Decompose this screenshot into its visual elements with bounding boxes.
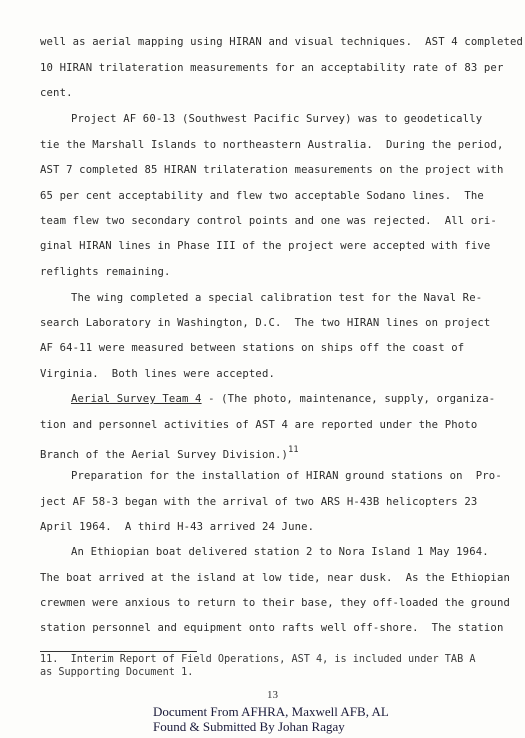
section-heading-text: - (The photo, maintenance, supply, organ… — [202, 393, 496, 405]
body-line: 10 HIRAN trilateration measurements for … — [40, 61, 504, 75]
body-line: ject AF 58-3 began with the arrival of t… — [40, 495, 477, 509]
body-line: 65 per cent acceptability and flew two a… — [40, 189, 484, 203]
footnote-reference: 11 — [288, 445, 299, 455]
body-line: tion and personnel activities of AST 4 a… — [40, 418, 477, 432]
document-page: well as aerial mapping using HIRAN and v… — [0, 0, 525, 738]
body-line: ginal HIRAN lines in Phase III of the pr… — [40, 239, 490, 253]
paragraph-start-line: Project AF 60-13 (Southwest Pacific Surv… — [71, 112, 482, 126]
body-line: Virginia. Both lines were accepted. — [40, 367, 275, 381]
body-line: cent. — [40, 86, 73, 100]
body-line: AF 64-11 were measured between stations … — [40, 341, 464, 355]
footnote-divider — [40, 651, 197, 652]
body-line: The boat arrived at the island at low ti… — [40, 571, 510, 585]
body-line: search Laboratory in Washington, D.C. Th… — [40, 316, 490, 330]
section-heading: Aerial Survey Team 4 — [71, 393, 202, 405]
body-line: AST 7 completed 85 HIRAN trilateration m… — [40, 163, 504, 177]
body-line: well as aerial mapping using HIRAN and v… — [40, 35, 523, 49]
paragraph-start-line: An Ethiopian boat delivered station 2 to… — [71, 545, 489, 559]
page-number: 13 — [0, 689, 525, 701]
paragraph-start-line: Aerial Survey Team 4 - (The photo, maint… — [71, 392, 495, 406]
body-line: reflights remaining. — [40, 265, 171, 279]
credit-line: Found & Submitted By Johan Ragay — [153, 719, 345, 735]
footnote-line: 11. Interim Report of Field Operations, … — [40, 653, 475, 666]
body-line: crewmen were anxious to return to their … — [40, 596, 510, 610]
credit-line: Document From AFHRA, Maxwell AFB, AL — [153, 704, 389, 720]
body-line: Branch of the Aerial Survey Division.)11 — [40, 443, 299, 462]
paragraph-start-line: The wing completed a special calibration… — [71, 291, 482, 305]
body-line: team flew two secondary control points a… — [40, 214, 497, 228]
body-line: station personnel and equipment onto raf… — [40, 621, 504, 635]
paragraph-start-line: Preparation for the installation of HIRA… — [71, 469, 502, 483]
body-line: April 1964. A third H-43 arrived 24 June… — [40, 520, 314, 534]
body-line: tie the Marshall Islands to northeastern… — [40, 138, 504, 152]
footnote-line: as Supporting Document 1. — [40, 666, 193, 679]
body-line-text: Branch of the Aerial Survey Division.) — [40, 449, 288, 461]
